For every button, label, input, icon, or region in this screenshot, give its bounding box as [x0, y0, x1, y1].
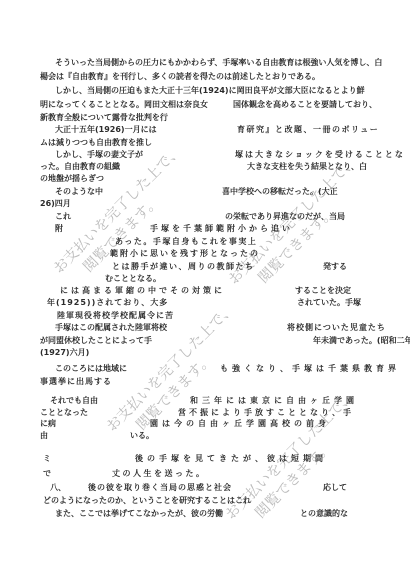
text-line: それでも自由和三年には東京に自由ヶ丘学園: [0, 395, 410, 407]
text-segment: ムは減りつつも自由教育を推し: [40, 137, 152, 148]
text-segment: しかし、手塚の妻文子が: [55, 149, 143, 160]
text-line: 明になってくることとなる。岡田文相は奈良女国体観念を高めることを要請しており、: [0, 99, 410, 111]
text-segment: で: [43, 468, 51, 479]
text-line: 大正十五年(1926)一月には育研究』と改題、一冊のボリュー: [0, 124, 410, 136]
text-segment: 新教育全般について露骨な批判を行: [40, 112, 168, 123]
text-segment: の栄転であり昇進なのだが、当局: [225, 211, 345, 222]
text-segment: 大正十五年(1926)一月には: [55, 124, 157, 135]
text-segment: 範附小に思いを残す形となったの: [110, 248, 260, 259]
text-segment: また、ここでは挙げてこなかったが、彼の労働: [55, 508, 223, 519]
text-line: 手塚はこの配属された陸軍将校将校側についた児童たち: [0, 322, 410, 334]
text-segment: することを決定: [295, 285, 351, 296]
text-segment: このころには地域に: [55, 363, 127, 374]
text-line: の地盤が揺らぎつ: [0, 173, 410, 185]
text-segment: 丈の人生を送った。: [112, 468, 207, 479]
text-segment: 後の手塚を見てきたが、彼は短期間: [135, 453, 327, 464]
text-segment: それでも自由: [50, 395, 98, 406]
text-segment: には高まる軍縮の中でその対策に: [60, 285, 225, 296]
text-segment: 園は今の自由ヶ丘学園高校の前身: [150, 418, 330, 429]
text-line: ムは減りつつも自由教育を推し: [0, 137, 410, 149]
text-segment: 事選挙に出馬する: [40, 376, 112, 387]
text-line: 八、後の彼を取り巻く当局の思惑と社会応して: [0, 482, 410, 494]
text-segment: 発する: [323, 261, 347, 272]
text-line: どのようになったのか、ということを研究することはこれ: [0, 495, 410, 507]
text-segment: 手塚を千葉師範附小から追い: [150, 223, 293, 234]
text-segment: った。自由教育の組織: [40, 161, 120, 172]
text-segment: されていた。手塚: [297, 297, 361, 308]
text-segment: 応して: [323, 482, 347, 493]
text-segment: あった。手塚自身もこれを事実上: [115, 236, 257, 247]
text-line: あった。手塚自身もこれを事実上: [0, 236, 410, 248]
text-segment: 年(1925))されており、大多: [47, 297, 168, 308]
text-line: そのような中喜中学校への移転だった。(大正: [0, 186, 410, 198]
text-segment: 明になってくることとなる。岡田文相は奈良女: [40, 99, 208, 110]
text-line: に病園は今の自由ヶ丘学園高校の前身: [0, 418, 410, 430]
text-segment: 営不振により手放すこととなり、手: [178, 407, 354, 418]
text-line: が同盟休校したことによって手年未満であった。(昭和二年: [0, 335, 410, 347]
text-line: 年(1925))されており、大多されていた。手塚: [0, 297, 410, 309]
text-line: 範附小に思いを残す形となったの: [0, 248, 410, 260]
text-segment: 26)四月: [40, 198, 71, 209]
text-line: しかし、手塚の妻文子が塚は大きなショックを受けることとな: [0, 149, 410, 161]
text-segment: そのような中: [55, 186, 103, 197]
text-segment: 陸軍現役将校学校配属令に苦: [57, 310, 174, 321]
text-segment: こととなった: [40, 407, 88, 418]
text-line: (1927)六月): [0, 347, 410, 359]
text-segment: どのようになったのか、ということを研究することはこれ: [43, 495, 251, 506]
text-segment: 塚は大きなショックを受けることとな: [235, 149, 405, 160]
text-segment: これ: [55, 211, 71, 222]
text-line: 事選挙に出馬する: [0, 376, 410, 388]
text-segment: とは勝手が違い、周りの教師たち: [112, 261, 255, 272]
text-line: とは勝手が違い、周りの教師たち発する: [0, 261, 410, 273]
text-line: 由いる。: [0, 430, 410, 442]
text-line: このころには地域にも強くなり、手塚は千葉県教育界: [0, 363, 410, 375]
text-line: そういった当局側からの圧力にもかかわらず、手塚率いる自由教育は根強い人気を博し、…: [0, 57, 410, 69]
text-line: には高まる軍縮の中でその対策にすることを決定: [0, 285, 410, 297]
text-line: また、ここでは挙げてこなかったが、彼の労働との意識的な: [0, 508, 410, 520]
text-segment: ミ: [43, 453, 51, 464]
text-segment: 手塚はこの配属された陸軍将校: [55, 322, 167, 333]
text-segment: 将校側についた児童たち: [287, 322, 386, 333]
text-segment: も強くなり、手塚は千葉県教育界: [220, 363, 400, 374]
text-segment: 育研究』と改題、一冊のボリュー: [237, 124, 379, 135]
text-segment: いる。: [130, 430, 154, 441]
text-segment: (1927)六月): [40, 347, 89, 358]
text-segment: に病: [40, 418, 56, 429]
text-segment: 喜中学校への移転だった。(大正: [222, 186, 338, 197]
text-segment: が同盟休校したことによって手: [40, 335, 152, 346]
text-line: 新教育全般について露骨な批判を行: [0, 112, 410, 124]
text-line: った。自由教育の組織大きな支柱を失う結果となり、白: [0, 161, 410, 173]
text-segment: 和三年には東京に自由ヶ丘学園: [190, 395, 358, 406]
text-line: これの栄転であり昇進なのだが、当局: [0, 211, 410, 223]
text-line: 陸軍現役将校学校配属令に苦: [0, 310, 410, 322]
text-line: しかし、当局側の圧迫もまた大正十三年(1924)に岡田良平が文部大臣になるとより…: [0, 85, 410, 97]
text-line: で丈の人生を送った。: [0, 468, 410, 480]
text-line: 楊会は『自由教育』を刊行し、多くの読者を得たのは前述したとおりである。: [0, 71, 410, 83]
text-segment: との意識的な: [300, 508, 348, 519]
text-line: ミ後の手塚を見てきたが、彼は短期間: [0, 453, 410, 465]
text-segment: 八、: [50, 482, 66, 493]
text-segment: 由: [40, 430, 48, 441]
text-segment: の地盤が揺らぎつ: [40, 173, 104, 184]
text-line: 附手塚を千葉師範附小から追い: [0, 223, 410, 235]
text-segment: そういった当局側からの圧力にもかかわらず、手塚率いる自由教育は根強い人気を博し、…: [55, 57, 382, 68]
text-segment: 大きな支柱を失う結果となり、白: [247, 161, 367, 172]
document-page: お支払いを完了した上で、閲覧できます。お支払いを完了した上で、閲覧できます。お支…: [0, 0, 410, 580]
text-segment: 国体観念を高めることを要請しており、: [233, 99, 377, 110]
text-line: 26)四月: [0, 198, 410, 210]
text-segment: 楊会は『自由教育』を刊行し、多くの読者を得たのは前述したとおりである。: [40, 71, 320, 82]
text-segment: むこととなる。: [105, 273, 161, 284]
text-segment: 年未満であった。(昭和二年: [313, 335, 410, 346]
text-segment: 後の彼を取り巻く当局の思惑と社会: [88, 482, 232, 493]
text-line: むこととなる。: [0, 273, 410, 285]
text-segment: 附: [55, 223, 63, 234]
text-segment: しかし、当局側の圧迫もまた大正十三年(1924)に岡田良平が文部大臣になるとより…: [55, 85, 365, 96]
